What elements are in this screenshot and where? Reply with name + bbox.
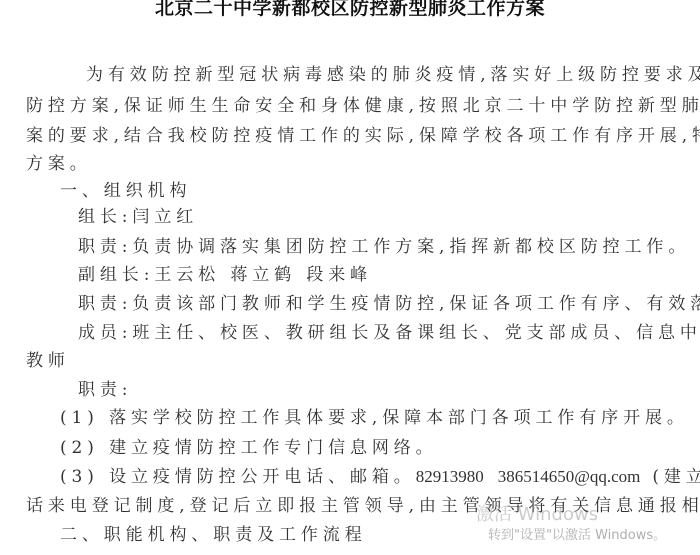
duty-item-3: (3) 设立疫情防控公开电话、邮箱。82913980386514650@qq.c… bbox=[60, 466, 700, 488]
intro-line-3: 案的要求,结合我校防控疫情工作的实际,保障学校各项工作有序开展,特制定本 bbox=[26, 125, 700, 147]
duty-item-1: (1) 落实学校防控工作具体要求,保障本部门各项工作有序开展。 bbox=[60, 407, 689, 429]
duty-item-3-prefix: (3) 设立疫情防控公开电话、邮箱。 bbox=[60, 467, 416, 487]
duty-item-3-line-2: 话来电登记制度,登记后立即报主管领导,由主管领导将有关信息通报相关组长。) bbox=[26, 495, 700, 517]
contact-phone: 82913980 bbox=[416, 467, 484, 486]
group-leader-duty: 职责:负责协调落实集团防控工作方案,指挥新都校区防控工作。 bbox=[78, 236, 690, 258]
intro-line-2: 防控方案,保证师生生命安全和身体健康,按照北京二十中学防控新型肺炎工作方 bbox=[26, 95, 700, 117]
duty-label: 职责: bbox=[78, 379, 132, 401]
section2-heading: 二、职能机构、职责及工作流程 bbox=[60, 524, 367, 546]
intro-line-4: 方案。 bbox=[26, 153, 92, 175]
members-line-2: 教师 bbox=[26, 350, 70, 372]
members-line-1: 成员:班主任、校医、教研组长及备课组长、党支部成员、信息中心等各位 bbox=[78, 322, 700, 344]
document-page: 北京二十中学新都校区防控新型肺炎工作方案 为有效防控新型冠状病毒感染的肺炎疫情,… bbox=[0, 0, 700, 555]
contact-email: 386514650@qq.com bbox=[498, 467, 641, 486]
deputy-duty: 职责:负责该部门教师和学生疫情防控,保证各项工作有序、有效落实。 bbox=[78, 293, 700, 315]
windows-activation-watermark-subtitle: 转到"设置"以激活 Windows。 bbox=[488, 524, 666, 543]
group-leader: 组长:闫立红 bbox=[78, 206, 198, 228]
deputy-leaders: 副组长:王云松 蒋立鹤 段来峰 bbox=[78, 264, 372, 286]
intro-line-1: 为有效防控新型冠状病毒感染的肺炎疫情,落实好上级防控要求及延迟开学等 bbox=[86, 64, 700, 86]
document-title: 北京二十中学新都校区防控新型肺炎工作方案 bbox=[0, 0, 700, 20]
duty-item-3-suffix: (建立电 bbox=[652, 467, 700, 487]
windows-activation-watermark-title: 激活 Windows bbox=[476, 500, 598, 526]
duty-item-2: (2) 建立疫情防控工作专门信息网络。 bbox=[60, 437, 438, 459]
section1-heading: 一、组织机构 bbox=[60, 180, 191, 202]
